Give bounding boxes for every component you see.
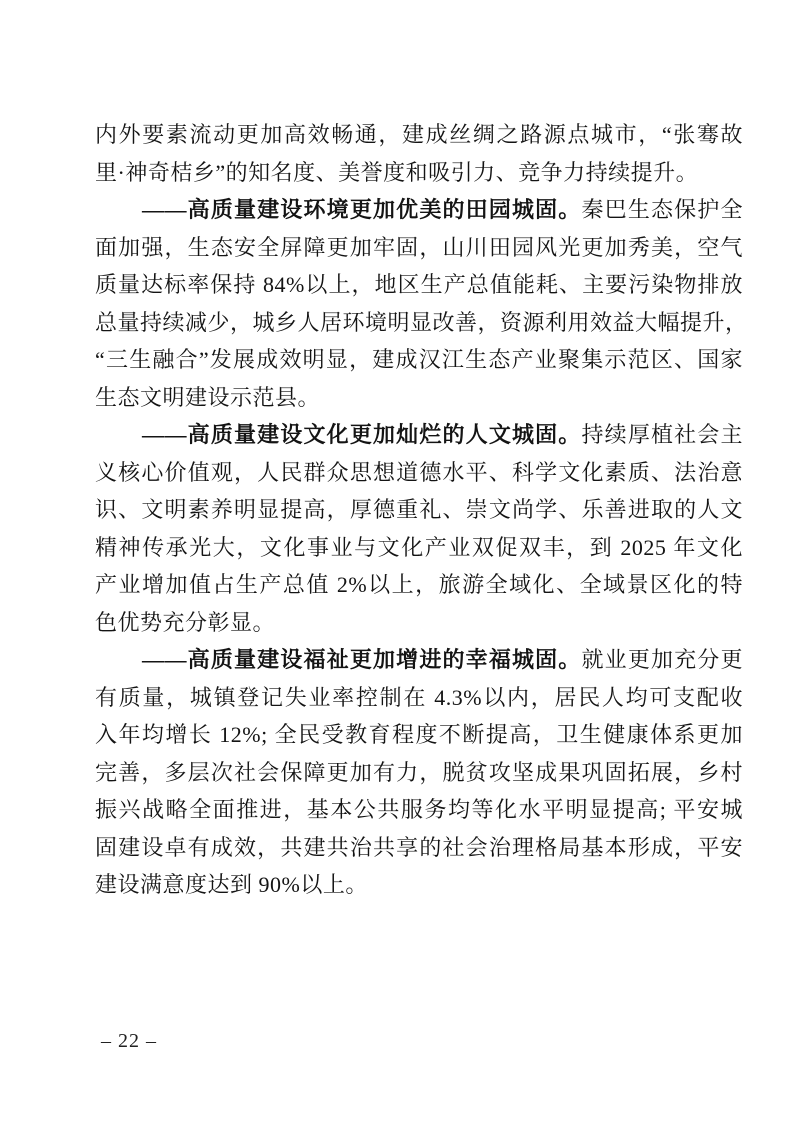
paragraph-text: 完善，多层次社会保障更加有力，脱贫攻坚成果巩固拓展，乡村: [95, 760, 743, 785]
paragraph-text: 内外要素流动更加高效畅通，建成丝绸之路源点城市，“张骞故: [95, 122, 743, 147]
paragraph-text: 生态文明建设示范县。: [95, 385, 320, 410]
paragraph-text: 秦巴生态保护全: [581, 197, 743, 222]
text-line: ——高质量建设福祉更加增进的幸福城固。就业更加充分更: [95, 641, 743, 679]
paragraph-text: 持续厚植社会主: [581, 422, 743, 447]
text-line: 振兴战略全面推进，基本公共服务均等化水平明显提高; 平安城: [95, 791, 743, 829]
page-number: – 22 –: [101, 1027, 157, 1055]
text-line: 色优势充分彰显。: [95, 604, 743, 642]
paragraph-text: 有质量，城镇登记失业率控制在 4.3%以内，居民人均可支配收: [95, 685, 743, 710]
page-body-text: 内外要素流动更加高效畅通，建成丝绸之路源点城市，“张骞故里·神奇桔乡”的知名度、…: [95, 116, 743, 904]
document-page: 内外要素流动更加高效畅通，建成丝绸之路源点城市，“张骞故里·神奇桔乡”的知名度、…: [0, 0, 793, 1122]
text-line: 建设满意度达到 90%以上。: [95, 866, 743, 904]
paragraph-text: 建设满意度达到 90%以上。: [95, 872, 368, 897]
text-line: “三生融合”发展成效明显，建成汉江生态产业聚集示范区、国家: [95, 341, 743, 379]
paragraph-text: 里·神奇桔乡”的知名度、美誉度和吸引力、竞争力持续提升。: [95, 160, 698, 185]
paragraph-text: 面加强，生态安全屏障更加牢固，山川田园风光更加秀美，空气: [95, 235, 743, 260]
paragraph-heading: ——高质量建设福祉更加增进的幸福城固。: [142, 647, 581, 672]
paragraph-text: 精神传承光大，文化事业与文化产业双促双丰，到 2025 年文化: [95, 535, 743, 560]
paragraph-text: 固建设卓有成效，共建共治共享的社会治理格局基本形成，平安: [95, 835, 743, 860]
text-line: ——高质量建设环境更加优美的田园城固。秦巴生态保护全: [95, 191, 743, 229]
text-line: ——高质量建设文化更加灿烂的人文城固。持续厚植社会主: [95, 416, 743, 454]
text-line: 精神传承光大，文化事业与文化产业双促双丰，到 2025 年文化: [95, 529, 743, 567]
text-line: 质量达标率保持 84%以上，地区生产总值能耗、主要污染物排放: [95, 266, 743, 304]
paragraph-text: 就业更加充分更: [581, 647, 743, 672]
text-line: 内外要素流动更加高效畅通，建成丝绸之路源点城市，“张骞故: [95, 116, 743, 154]
text-line: 义核心价值观，人民群众思想道德水平、科学文化素质、法治意: [95, 454, 743, 492]
text-line: 面加强，生态安全屏障更加牢固，山川田园风光更加秀美，空气: [95, 229, 743, 267]
paragraph-text: 总量持续减少，城乡人居环境明显改善，资源利用效益大幅提升，: [95, 310, 748, 335]
text-line: 里·神奇桔乡”的知名度、美誉度和吸引力、竞争力持续提升。: [95, 154, 743, 192]
paragraph-text: 义核心价值观，人民群众思想道德水平、科学文化素质、法治意: [95, 460, 743, 485]
text-line: 产业增加值占生产总值 2%以上，旅游全域化、全域景区化的特: [95, 566, 743, 604]
text-line: 总量持续减少，城乡人居环境明显改善，资源利用效益大幅提升，: [95, 304, 743, 342]
paragraph-text: 质量达标率保持 84%以上，地区生产总值能耗、主要污染物排放: [95, 272, 743, 297]
paragraph-text: 振兴战略全面推进，基本公共服务均等化水平明显提高; 平安城: [95, 797, 743, 822]
text-line: 完善，多层次社会保障更加有力，脱贫攻坚成果巩固拓展，乡村: [95, 754, 743, 792]
text-line: 有质量，城镇登记失业率控制在 4.3%以内，居民人均可支配收: [95, 679, 743, 717]
text-line: 固建设卓有成效，共建共治共享的社会治理格局基本形成，平安: [95, 829, 743, 867]
paragraph-text: 色优势充分彰显。: [95, 610, 275, 635]
paragraph-heading: ——高质量建设文化更加灿烂的人文城固。: [142, 422, 581, 447]
paragraph-heading: ——高质量建设环境更加优美的田园城固。: [142, 197, 581, 222]
text-line: 入年均增长 12%; 全民受教育程度不断提高，卫生健康体系更加: [95, 716, 743, 754]
paragraph-text: 入年均增长 12%; 全民受教育程度不断提高，卫生健康体系更加: [95, 722, 743, 747]
paragraph-text: 识、文明素养明显提高，厚德重礼、崇文尚学、乐善进取的人文: [95, 497, 743, 522]
text-line: 识、文明素养明显提高，厚德重礼、崇文尚学、乐善进取的人文: [95, 491, 743, 529]
text-line: 生态文明建设示范县。: [95, 379, 743, 417]
paragraph-text: “三生融合”发展成效明显，建成汉江生态产业聚集示范区、国家: [95, 347, 743, 372]
paragraph-text: 产业增加值占生产总值 2%以上，旅游全域化、全域景区化的特: [95, 572, 743, 597]
text-lines: 内外要素流动更加高效畅通，建成丝绸之路源点城市，“张骞故里·神奇桔乡”的知名度、…: [95, 116, 743, 904]
